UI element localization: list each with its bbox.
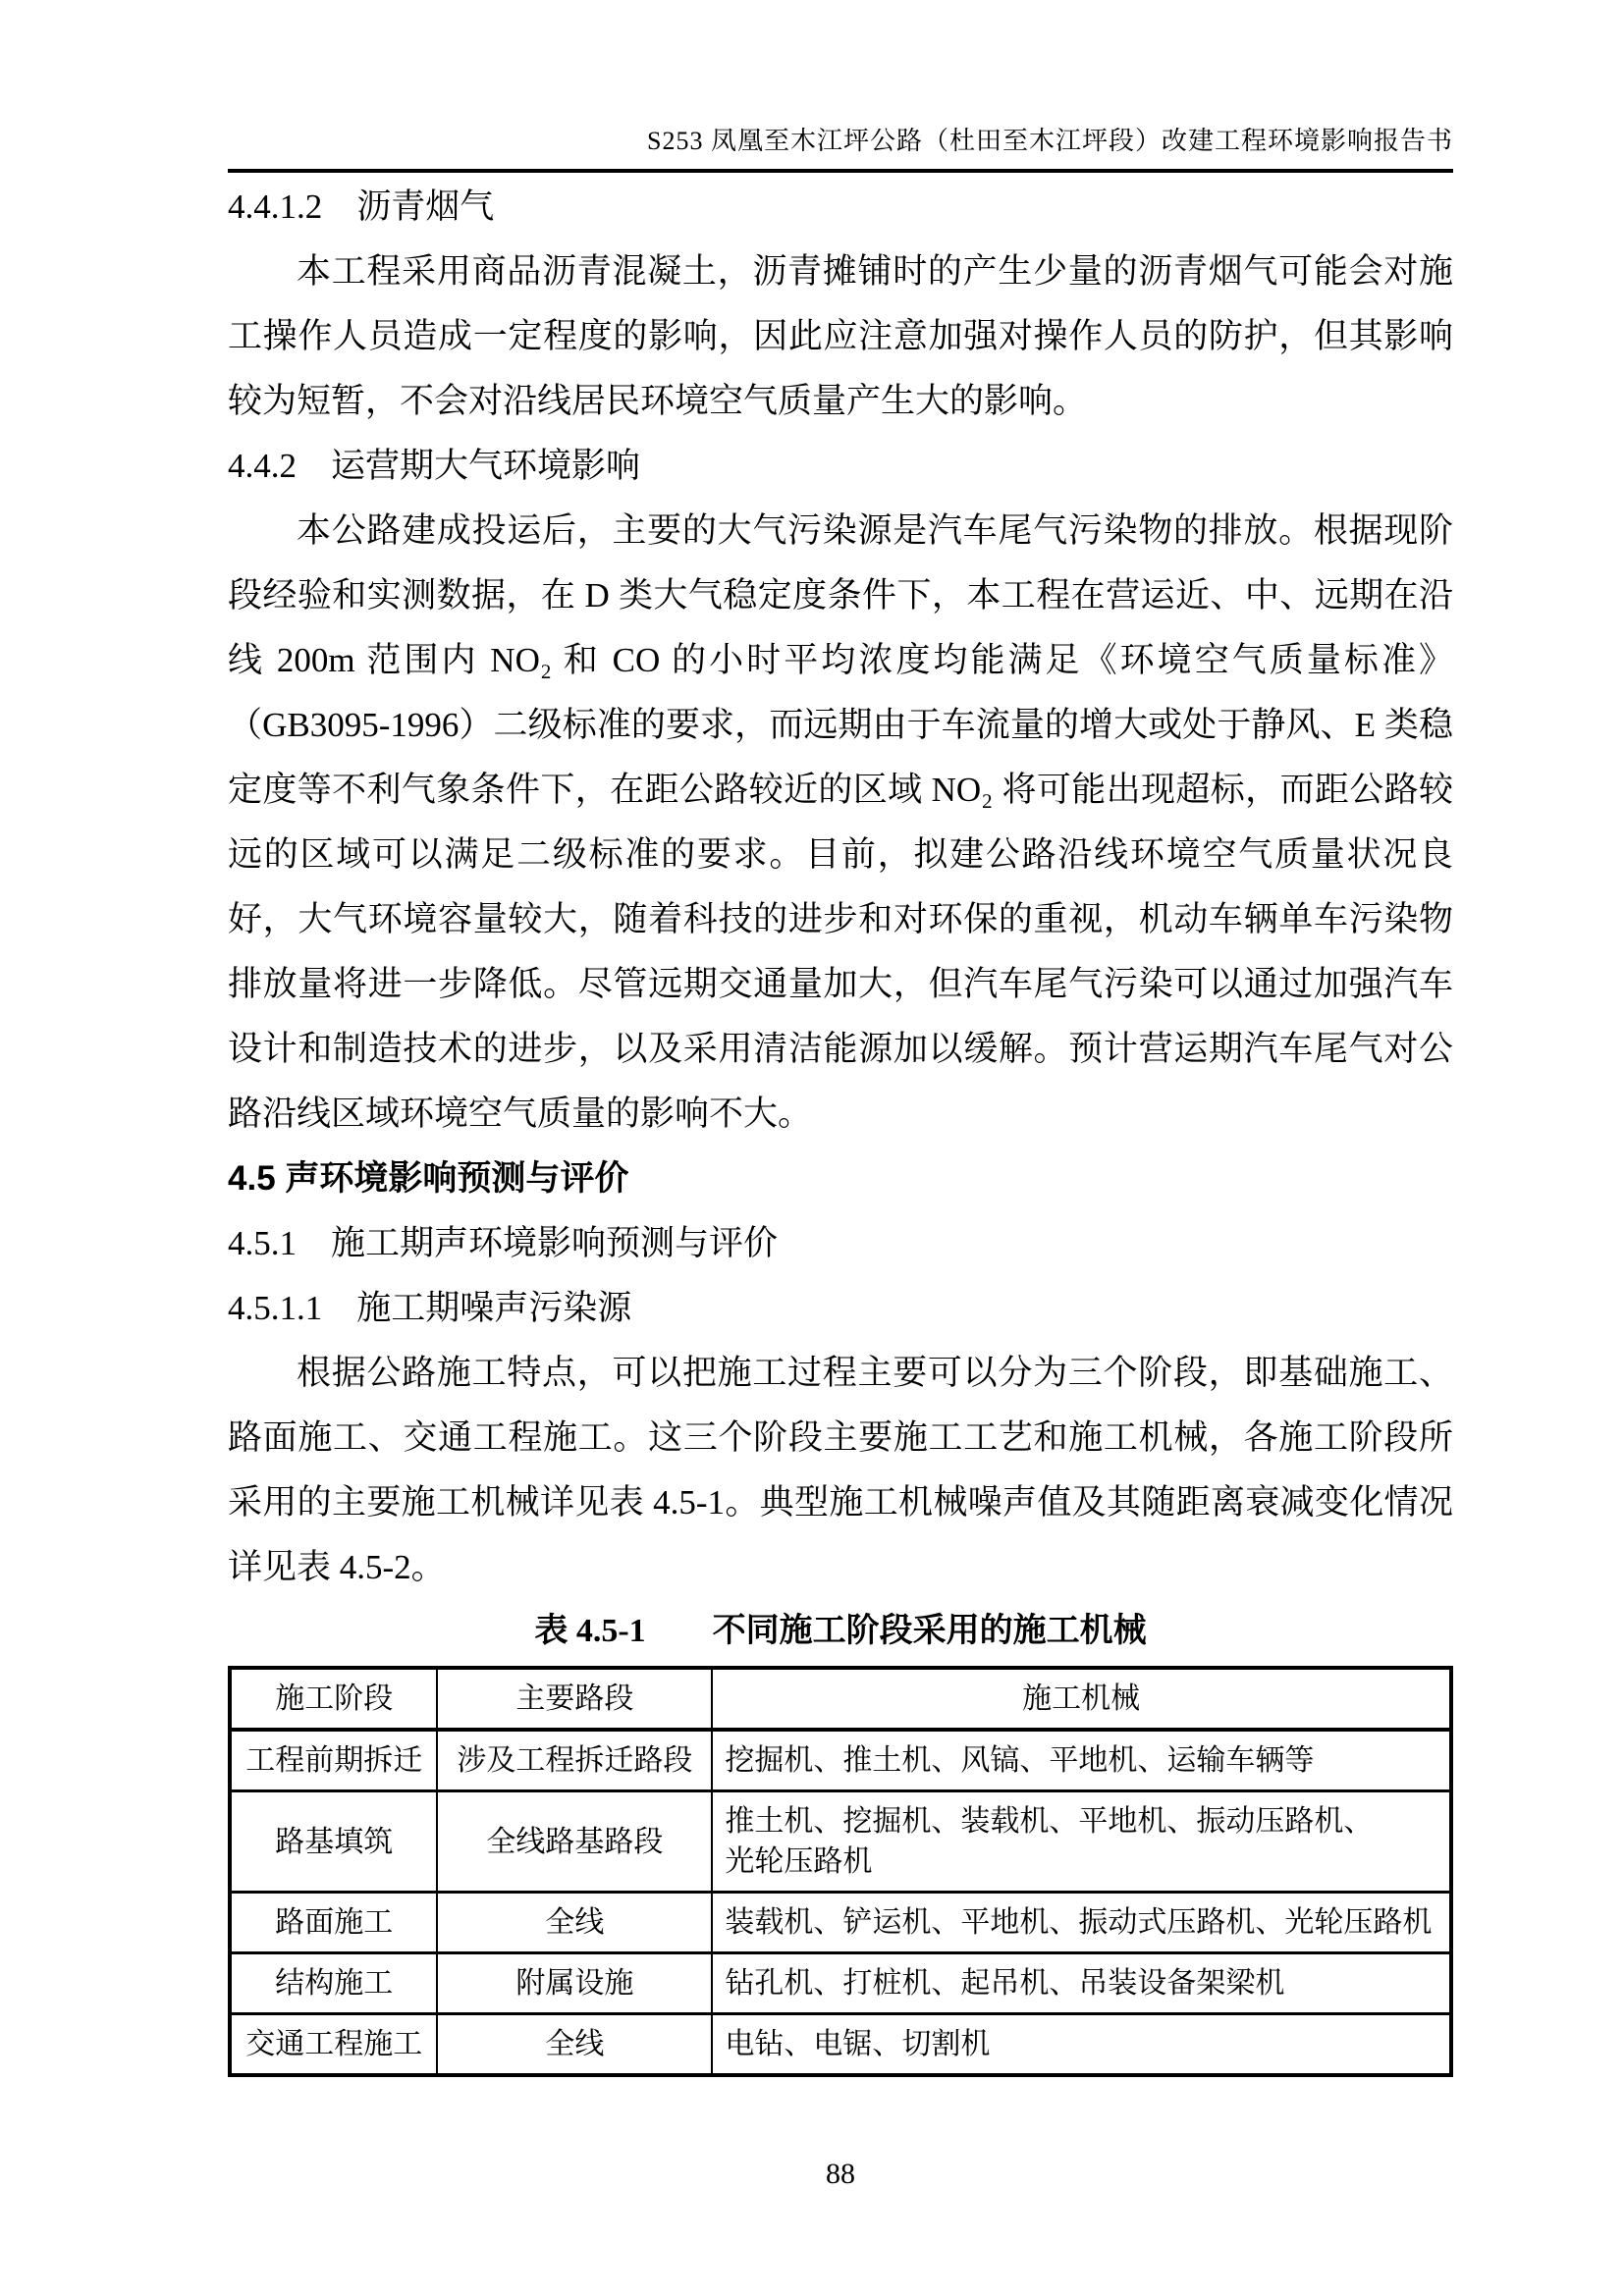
table-caption-number: 表 4.5-1 bbox=[534, 1613, 645, 1649]
table-row-pavement: 路面施工 全线 装载机、铲运机、平地机、振动式压路机、光轮压路机 bbox=[230, 1893, 1451, 1953]
cell-machinery: 推土机、挖掘机、装载机、平地机、振动压路机、 光轮压路机 bbox=[712, 1791, 1451, 1893]
cell-stage: 结构施工 bbox=[230, 1953, 437, 2014]
section-heading-4-5: 4.5 声环境影响预测与评价 bbox=[228, 1147, 1453, 1211]
paragraph-operation-air-impact: 本公路建成投运后，主要的大气污染源是汽车尾气污染物的排放。根据现阶段经验和实测数… bbox=[228, 499, 1453, 1147]
construction-machinery-table: 施工阶段 主要路段 施工机械 工程前期拆迁 涉及工程拆迁路段 挖掘机、推土机、风… bbox=[228, 1666, 1453, 2077]
column-header-stage: 施工阶段 bbox=[230, 1668, 437, 1730]
paragraph-construction-phases: 根据公路施工特点，可以把施工过程主要可以分为三个阶段，即基础施工、路面施工、交通… bbox=[228, 1341, 1453, 1600]
cell-road-section: 全线路基路段 bbox=[437, 1791, 712, 1893]
cell-machinery: 装载机、铲运机、平地机、振动式压路机、光轮压路机 bbox=[712, 1893, 1451, 1953]
section-heading-4-5-1-1: 4.5.1.1 施工期噪声污染源 bbox=[228, 1276, 1453, 1341]
column-header-road-section: 主要路段 bbox=[437, 1668, 712, 1730]
table-row-demolition: 工程前期拆迁 涉及工程拆迁路段 挖掘机、推土机、风镐、平地机、运输车辆等 bbox=[230, 1730, 1451, 1791]
table-row-structure: 结构施工 附属设施 钻孔机、打桩机、起吊机、吊装设备架梁机 bbox=[230, 1953, 1451, 2014]
page-header: S253 凤凰至木江坪公路（杜田至木江坪段）改建工程环境影响报告书 bbox=[0, 0, 1624, 173]
cell-stage: 工程前期拆迁 bbox=[230, 1730, 437, 1791]
cell-machinery: 电钻、电锯、切割机 bbox=[712, 2014, 1451, 2076]
page-content: 4.4.1.2 沥青烟气 本工程采用商品沥青混凝土，沥青摊铺时的产生少量的沥青烟… bbox=[0, 173, 1624, 2191]
cell-machinery: 挖掘机、推土机、风镐、平地机、运输车辆等 bbox=[712, 1730, 1451, 1791]
column-header-machinery: 施工机械 bbox=[712, 1668, 1451, 1730]
table-caption: 表 4.5-1不同施工阶段采用的施工机械 bbox=[228, 1602, 1453, 1660]
table-row-subgrade: 路基填筑 全线路基路段 推土机、挖掘机、装载机、平地机、振动压路机、 光轮压路机 bbox=[230, 1791, 1451, 1893]
table-caption-title: 不同施工阶段采用的施工机械 bbox=[713, 1612, 1147, 1649]
cell-stage: 路面施工 bbox=[230, 1893, 437, 1953]
cell-road-section: 涉及工程拆迁路段 bbox=[437, 1730, 712, 1791]
table-header-row: 施工阶段 主要路段 施工机械 bbox=[230, 1668, 1451, 1730]
cell-stage: 路基填筑 bbox=[230, 1791, 437, 1893]
cell-machinery: 钻孔机、打桩机、起吊机、吊装设备架梁机 bbox=[712, 1953, 1451, 2014]
table-row-traffic-engineering: 交通工程施工 全线 电钻、电锯、切割机 bbox=[230, 2014, 1451, 2076]
page-footer: 88 bbox=[228, 2158, 1453, 2191]
cell-road-section: 全线 bbox=[437, 1893, 712, 1953]
paragraph-asphalt-smoke: 本工程采用商品沥青混凝土，沥青摊铺时的产生少量的沥青烟气可能会对施工操作人员造成… bbox=[228, 240, 1453, 434]
cell-road-section: 附属设施 bbox=[437, 1953, 712, 2014]
page-number: 88 bbox=[826, 2158, 855, 2190]
cell-road-section: 全线 bbox=[437, 2014, 712, 2076]
cell-stage: 交通工程施工 bbox=[230, 2014, 437, 2076]
header-title: S253 凤凰至木江坪公路（杜田至木江坪段）改建工程环境影响报告书 bbox=[228, 128, 1453, 155]
section-heading-4-5-1: 4.5.1 施工期声环境影响预测与评价 bbox=[228, 1211, 1453, 1276]
document-page: S253 凤凰至木江坪公路（杜田至木江坪段）改建工程环境影响报告书 4.4.1.… bbox=[0, 0, 1624, 2296]
section-heading-4-4-1-2: 4.4.1.2 沥青烟气 bbox=[228, 175, 1453, 240]
section-heading-4-4-2: 4.4.2 运营期大气环境影响 bbox=[228, 434, 1453, 499]
